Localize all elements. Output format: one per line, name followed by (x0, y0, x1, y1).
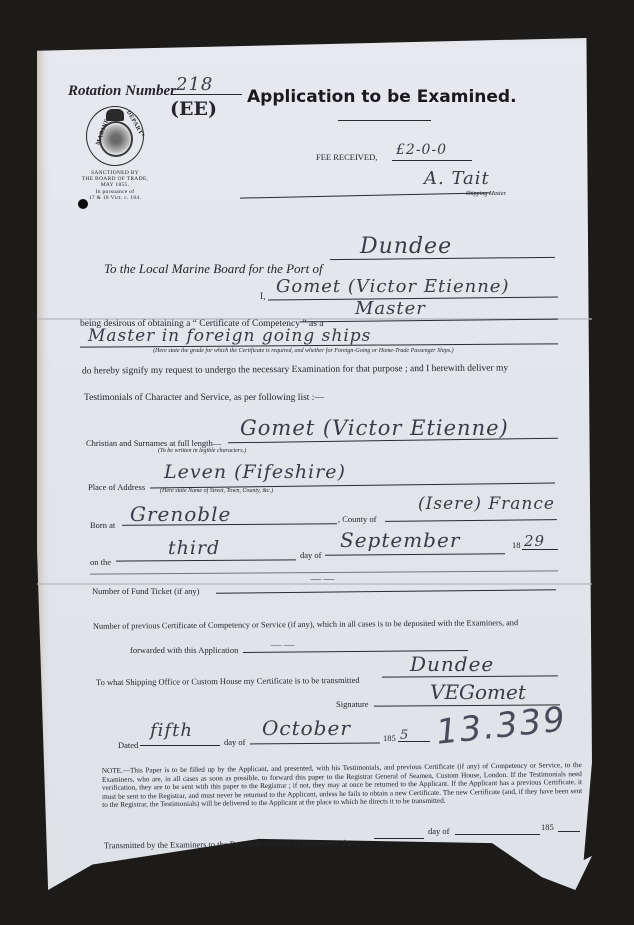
dated-day-line (140, 745, 220, 746)
day-of-label: day of (300, 550, 321, 560)
applicant-prefix: I, (260, 292, 266, 302)
county-value: (Isere) France (418, 494, 555, 514)
rotation-number-label: Rotation Number (68, 83, 176, 100)
born-value: Grenoble (130, 502, 231, 526)
grade-hint: (Here state the grade for which the Cert… (153, 348, 454, 354)
shipping-master-label: Shipping Master. (466, 191, 507, 197)
signature-label: Signature (336, 699, 369, 709)
transmitted-day-line (374, 838, 424, 839)
fullname-value: Gomet (Victor Etienne) (240, 416, 509, 440)
shipping-master-signature: A. Tait (424, 168, 490, 189)
certificate-detail: Master in foreign going ships (88, 326, 371, 346)
transmitted-label: Transmitted by the Examiners to the Regi… (104, 838, 352, 851)
fund-ticket-value: —— (310, 572, 336, 586)
dated-day-of-label: day of (224, 737, 245, 747)
punch-hole (78, 199, 88, 209)
forwarded-label: forwarded with this Application (130, 645, 238, 655)
marine-department-seal: MARINE DEPARTᵀ (86, 106, 144, 166)
fee-received-label: FEE RECEIVED, (316, 152, 377, 162)
born-label: Born at (90, 520, 115, 530)
fee-received-value: £2-0-0 (396, 142, 447, 158)
birth-day: third (168, 537, 220, 559)
port-value: Dundee (360, 234, 452, 259)
on-the-label: on the (90, 557, 111, 567)
address-hint: (Here state Name of Street, Town, County… (160, 488, 273, 494)
transmitted-year-prefix: 185 (541, 822, 554, 832)
dated-year-prefix: 185 (383, 733, 396, 743)
fullname-label: Christian and Surnames at full length— (86, 438, 221, 448)
transmitted-day-of-label: day of (428, 826, 449, 836)
instructions-note: NOTE.—This Paper is to be filled up by t… (102, 761, 582, 809)
dated-year-line (398, 741, 430, 742)
port-label: To the Local Marine Board for the Port o… (104, 261, 323, 277)
transmitted-year-line (558, 831, 580, 832)
testimonials-text: Testimonials of Character and Service, a… (84, 393, 324, 403)
transmit-value: Dundee (410, 652, 494, 676)
address-label: Place of Address (88, 482, 145, 492)
pursuance-line: 17 & 18 Vict. c. 104. (60, 195, 170, 201)
birth-month: September (340, 528, 460, 552)
applicant-name: Gomet (Victor Etienne) (276, 276, 509, 297)
county-label: , County of (338, 514, 377, 524)
form-code: (EE) (170, 98, 217, 120)
sanction-line: MAY 1855. (60, 182, 170, 188)
certificate-grade: Master (355, 298, 426, 319)
forwarded-value: —— (270, 638, 296, 652)
fund-ticket-label: Number of Fund Ticket (if any) (92, 586, 199, 596)
dated-day: fifth (150, 720, 193, 741)
applicant-signature: VEGomet (430, 680, 526, 704)
dated-label: Dated (118, 740, 138, 750)
dated-month: October (262, 716, 351, 740)
transmitted-month-line (455, 834, 540, 835)
rotation-number-value: 218 (176, 74, 213, 95)
birth-year-prefix: 18 (512, 540, 521, 550)
title-underline (338, 120, 431, 121)
fullname-hint: (To be written in legible characters.) (158, 448, 246, 454)
birth-year-suffix: 29 (524, 532, 545, 550)
fee-line (392, 160, 472, 161)
address-value: Leven (Fifeshire) (164, 461, 346, 483)
page-title: Application to be Examined. (247, 87, 517, 107)
birth-year-line (522, 549, 558, 550)
rotation-number-line (172, 94, 242, 95)
sanction-text: SANCTIONED BY THE BOARD OF TRADE, MAY 18… (60, 170, 170, 201)
